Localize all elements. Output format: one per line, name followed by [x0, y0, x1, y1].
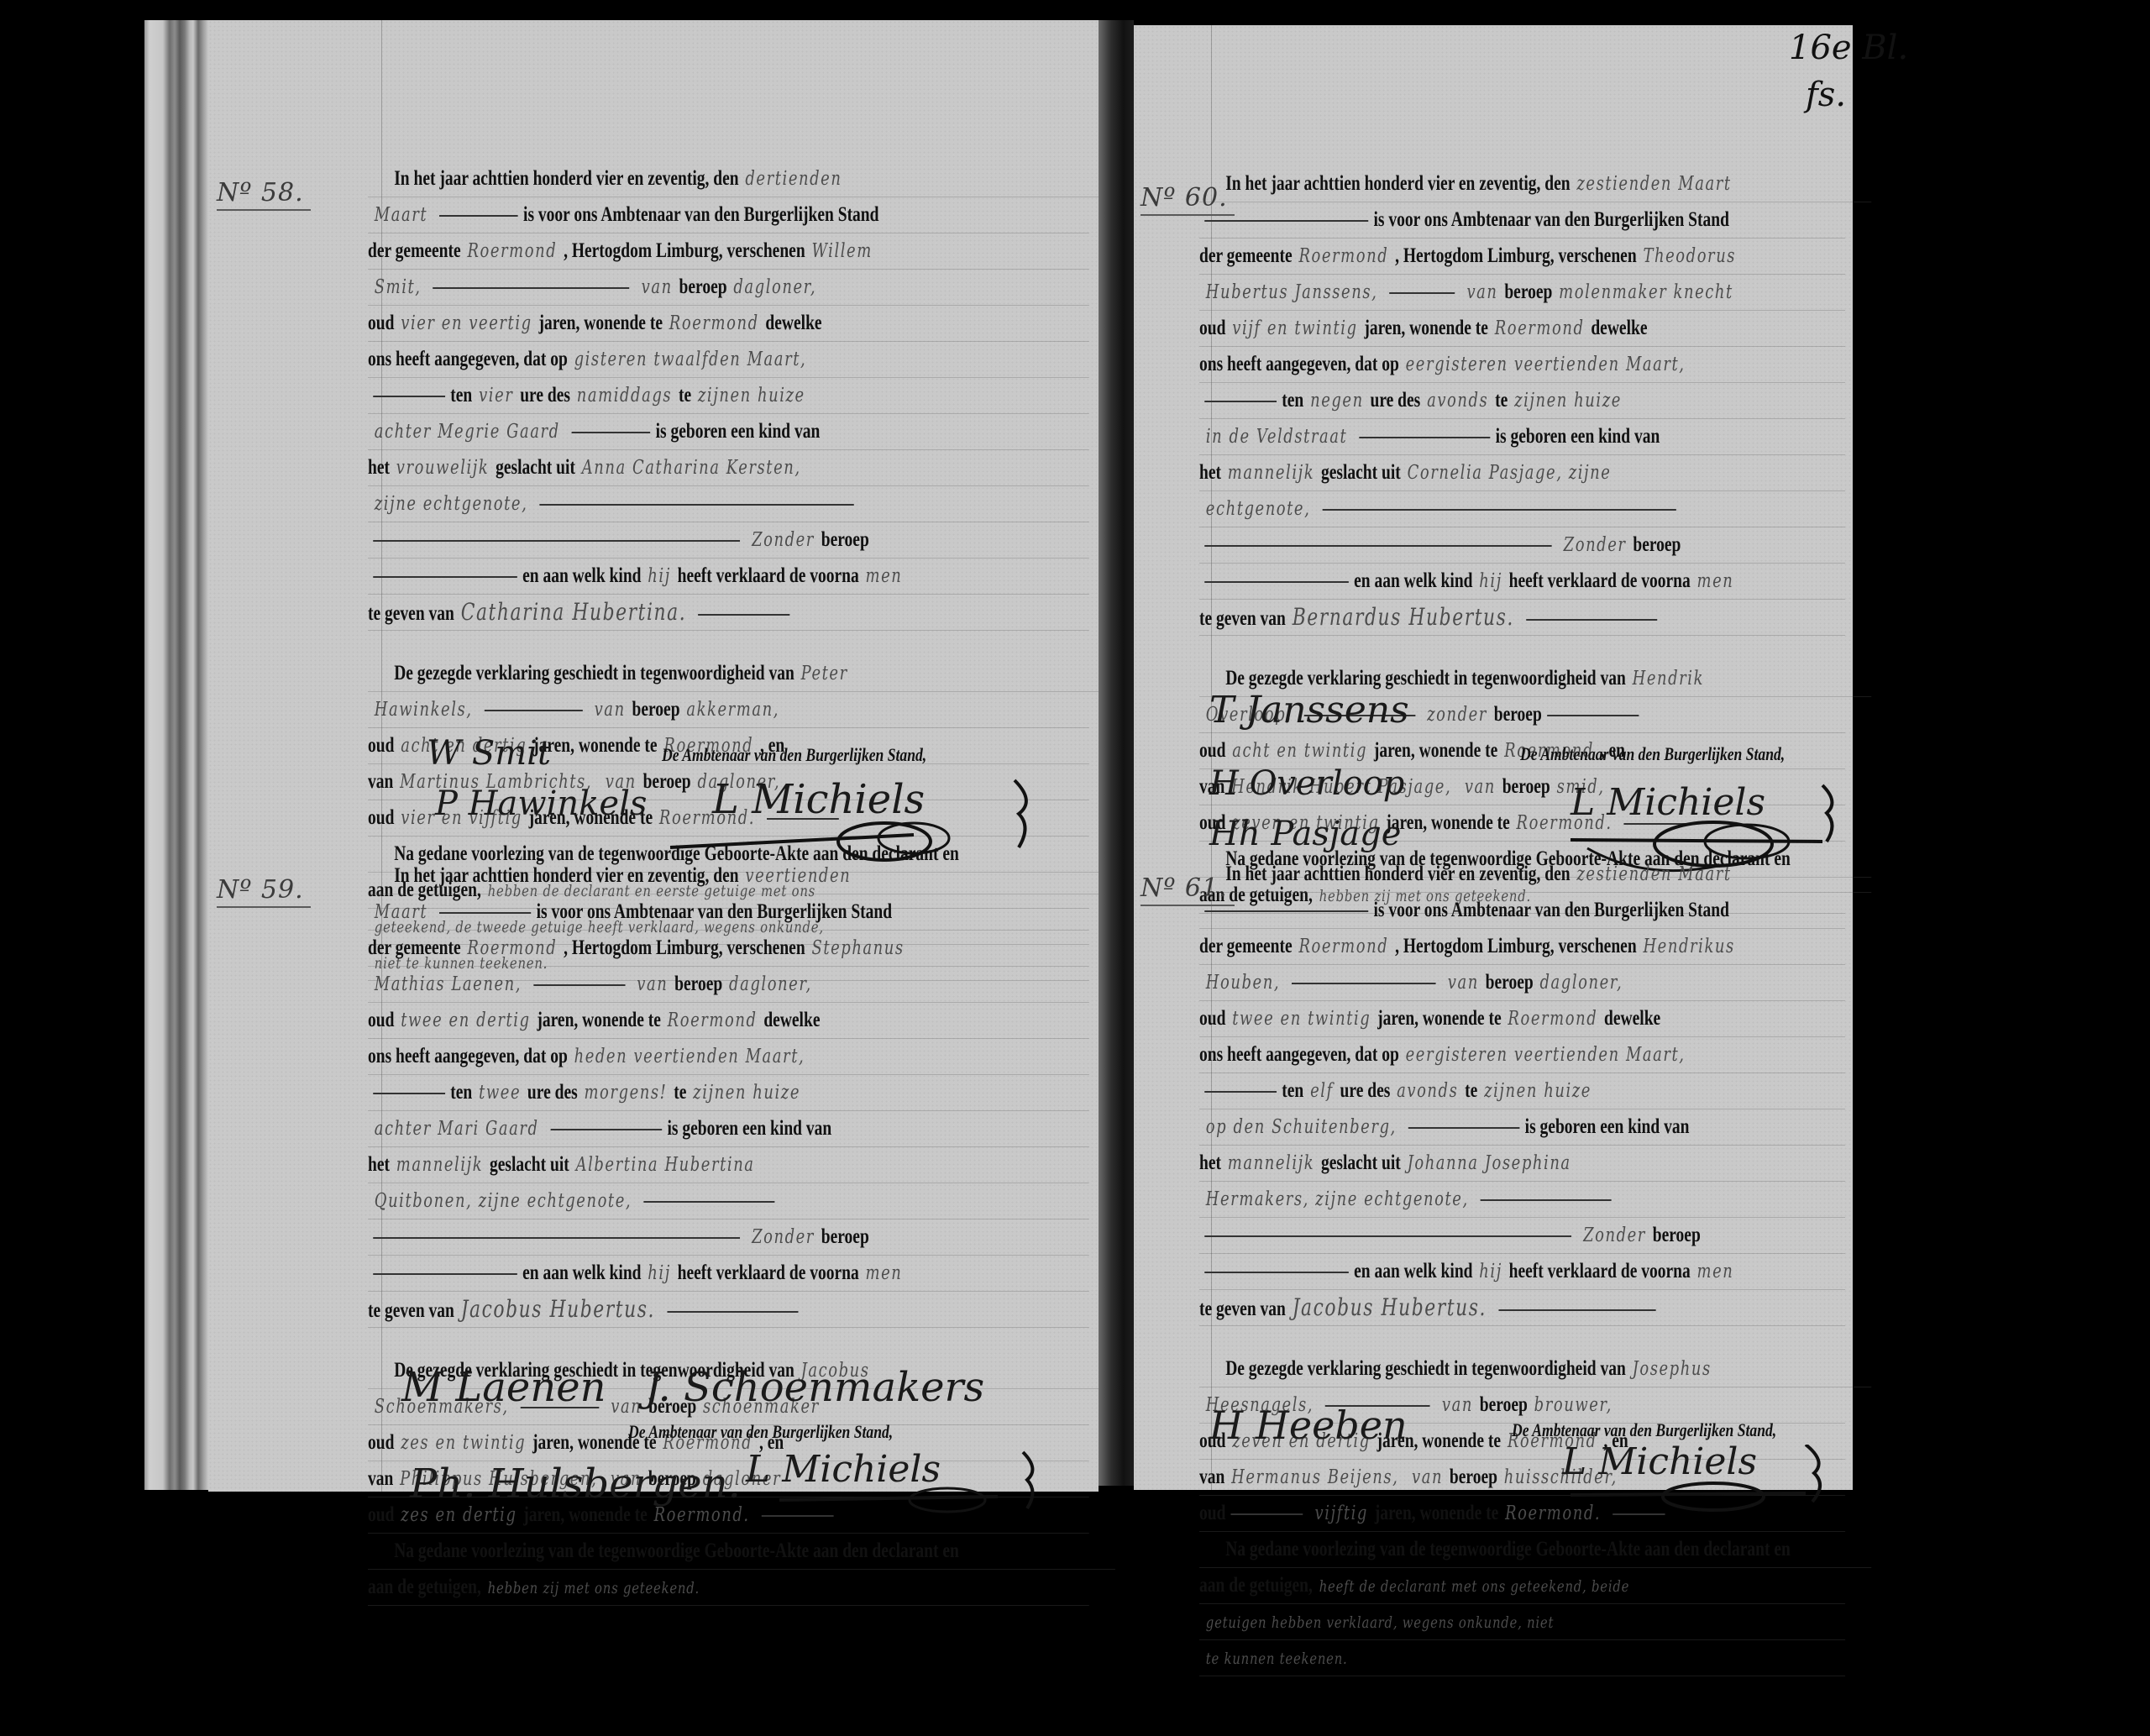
form-line: Na gedane voorlezing van de tegenwoordig…	[1199, 1532, 1871, 1568]
handwritten-birth-date: gisteren twaalfden Maart,	[568, 349, 813, 370]
signature-witness: P Hawinkels	[435, 784, 647, 823]
form-line: en aan welk kindhijheeft verklaard de vo…	[368, 559, 1089, 595]
form-line: getuigen hebben verklaard, wegens onkund…	[1199, 1604, 1845, 1640]
official-label: De Ambtenaar van den Burgerlijken Stand,	[1520, 743, 1785, 765]
handwritten-child-name: Catharina Hubertina.	[454, 598, 693, 626]
handwritten-hour: vier	[472, 385, 520, 406]
form-line: Hawinkels,vanberoepakkerman,	[368, 692, 1089, 728]
signature-witness: J. Schoenmakers	[645, 1364, 984, 1411]
form-line: Zonderberoep	[1199, 527, 1845, 564]
official-label: De Ambtenaar van den Burgerlijken Stand,	[662, 744, 926, 766]
handwritten-place: zijnen huize	[691, 385, 811, 406]
form-line: Hermakers, zijne echtgenote,	[1199, 1182, 1845, 1218]
handwritten-residence: Roermond	[663, 312, 765, 334]
official-label: De Ambtenaar van den Burgerlijken Stand,	[628, 1421, 893, 1443]
form-line: is voor ons Ambtenaar van den Burgerlijk…	[1199, 893, 1845, 929]
handwritten-witness1-first: Peter	[794, 663, 855, 684]
handwritten-month: Maart	[368, 204, 434, 226]
handwritten-declarant-first: Willem	[805, 240, 879, 262]
form-line: hetmannelijkgeslacht uitCornelia Pasjage…	[1199, 455, 1845, 491]
official-flourish-icon	[746, 1448, 1048, 1515]
form-line: te geven vanJacobus Hubertus.	[1199, 1290, 1845, 1326]
form-line: der gemeenteRoermond, Hertogdom Limburg,…	[1199, 929, 1845, 965]
form-line: en aan welk kindhijheeft verklaard de vo…	[1199, 564, 1845, 600]
form-line: achter Megrie Gaardis geboren een kind v…	[368, 414, 1089, 450]
form-line: der gemeenteRoermond, Hertogdom Limburg,…	[1199, 239, 1845, 275]
handwritten-date: dertienden	[739, 168, 849, 190]
form-line: De gezegde verklaring geschiedt in tegen…	[368, 656, 1115, 692]
handwritten-child-name: Jacobus Hubertus.	[1286, 1293, 1493, 1321]
form-line: Zonderberoep	[368, 522, 1089, 559]
handwritten-child-name: Jacobus Hubertus.	[454, 1295, 662, 1323]
form-line: Na gedane voorlezing van de tegenwoordig…	[368, 1534, 1115, 1570]
handwritten-sex: vrouwelijk	[390, 457, 496, 479]
handwritten-place-2: achter Megrie Gaard	[368, 421, 567, 443]
official-label: De Ambtenaar van den Burgerlijken Stand,	[1512, 1419, 1776, 1441]
form-line: hetmannelijkgeslacht uitAlbertina Hubert…	[368, 1147, 1089, 1183]
form-line: Mathias Laenen,vanberoepdagloner,	[368, 967, 1089, 1003]
folio-initial: fs.	[1806, 76, 1846, 114]
form-line: aan de getuigen,heeft de declarant met o…	[1199, 1568, 1845, 1604]
form-line: Zonderberoep	[1199, 1218, 1845, 1254]
signature-declarant: W Smit	[427, 734, 551, 773]
form-line: tenelfure desavondstezijnen huize	[1199, 1073, 1845, 1109]
handwritten-mother-profession: Zonder	[745, 529, 821, 551]
form-line: Houben,vanberoepdagloner,	[1199, 965, 1845, 1001]
form-line: op den Schuitenberg,is geboren een kind …	[1199, 1109, 1845, 1146]
form-line: aan de getuigen,hebben zij met ons getee…	[368, 1570, 1089, 1606]
form-line: oudvier en veertigjaren, wonende teRoerm…	[368, 306, 1089, 342]
signature-witness: Ph. Hulsbergen.	[410, 1461, 741, 1508]
form-line: ons heeft aangegeven, dat opeergisteren …	[1199, 347, 1845, 383]
form-line: De gezegde verklaring geschiedt in tegen…	[1199, 1351, 1871, 1387]
form-line: en aan welk kindhijheeft verklaard de vo…	[1199, 1254, 1845, 1290]
handwritten-profession: dagloner,	[727, 276, 823, 298]
right-page: 16e Bl. fs. Nº 60. In het jaar achttien …	[1134, 25, 1853, 1490]
book-gutter	[1099, 20, 1134, 1486]
entry-number: Nº 59.	[217, 875, 311, 908]
form-line: In het jaar achttien honderd vier en zev…	[1199, 857, 1871, 893]
entry-number: Nº 58.	[217, 178, 311, 211]
form-line: ons heeft aangegeven, dat opgisteren twa…	[368, 342, 1089, 378]
signature-witness: Hh Pasjage	[1209, 815, 1401, 853]
form-line: echtgenote,	[1199, 491, 1845, 527]
form-line: der gemeenteRoermond, Hertogdom Limburg,…	[368, 233, 1089, 270]
form-line: der gemeenteRoermond, Hertogdom Limburg,…	[368, 931, 1089, 967]
form-line: tennegenure desavondstezijnen huize	[1199, 383, 1845, 419]
handwritten-mother: Anna Catharina Kersten,	[575, 457, 807, 479]
official-flourish-icon	[1529, 1445, 1848, 1512]
form-line: In het jaar achttien honderd vier en zev…	[368, 858, 1115, 894]
signature-witness: H Overloop	[1209, 764, 1404, 803]
form-line: achter Mari Gaardis geboren een kind van	[368, 1111, 1089, 1147]
form-line: hetvrouwelijkgeslacht uitAnna Catharina …	[368, 450, 1089, 486]
form-line: zijne echtgenote,	[368, 486, 1089, 522]
folio-number: 16e Bl.	[1789, 29, 1908, 67]
handwritten-municipality: Roermond	[461, 240, 564, 262]
form-line: Smit,vanberoepdagloner,	[368, 270, 1089, 306]
form-line: te geven vanJacobus Hubertus.	[368, 1292, 1089, 1328]
book-page-edges	[144, 20, 208, 1490]
handwritten-child-name: Bernardus Hubertus.	[1286, 603, 1521, 631]
official-flourish-icon	[662, 776, 1048, 868]
handwritten-declarant-last: Smit,	[368, 276, 427, 298]
form-line: Quitbonen, zijne echtgenote,	[368, 1183, 1089, 1219]
handwritten-witness1-profession: akkerman,	[680, 699, 786, 721]
handwritten-age: vier en veertig	[394, 312, 538, 334]
signature-declarant: T Janssens	[1209, 689, 1409, 732]
form-line: Maartis voor ons Ambtenaar van den Burge…	[368, 197, 1089, 233]
form-line: ons heeft aangegeven, dat opeergisteren …	[1199, 1037, 1845, 1073]
form-line: is voor ons Ambtenaar van den Burgerlijk…	[1199, 202, 1845, 239]
form-line: te kunnen teekenen.	[1199, 1640, 1845, 1676]
signature-declarant: H Heeben	[1209, 1403, 1408, 1448]
form-line: en aan welk kindhijheeft verklaard de vo…	[368, 1256, 1089, 1292]
form-line: Maartis voor ons Ambtenaar van den Burge…	[368, 894, 1089, 931]
handwritten-mother-2: zijne echtgenote,	[368, 493, 534, 515]
form-line: tenvierure desnamiddagstezijnen huize	[368, 378, 1089, 414]
left-page: Nº 58. In het jaar achttien honderd vier…	[208, 20, 1099, 1492]
signature-declarant: M Laenen	[401, 1364, 606, 1411]
form-line: Hubertus Janssens,vanberoepmolenmaker kn…	[1199, 275, 1845, 311]
form-line: hetmannelijkgeslacht uitJohanna Josephin…	[1199, 1146, 1845, 1182]
form-line: In het jaar achttien honderd vier en zev…	[1199, 166, 1871, 202]
form-line: ons heeft aangegeven, dat opheden veerti…	[368, 1039, 1089, 1075]
form-line: oudtwee en dertigjaren, wonende teRoermo…	[368, 1003, 1089, 1039]
form-line: tentweeure desmorgens!tezijnen huize	[368, 1075, 1089, 1111]
handwritten-witness1-last: Hawinkels,	[368, 699, 479, 721]
form-line: in de Veldstraatis geboren een kind van	[1199, 419, 1845, 455]
form-line: oudtwee en twintigjaren, wonende teRoerm…	[1199, 1001, 1845, 1037]
form-line: te geven vanBernardus Hubertus.	[1199, 600, 1845, 636]
handwritten-daypart: namiddags	[570, 385, 679, 406]
birth-entry-61: Nº 61. In het jaar achttien honderd vier…	[1199, 857, 1846, 1676]
form-line: oudvijf en twintigjaren, wonende teRoerm…	[1199, 311, 1845, 347]
form-line: Zonderberoep	[368, 1219, 1089, 1256]
form-line: In het jaar achttien honderd vier en zev…	[368, 161, 1115, 197]
form-line: te geven vanCatharina Hubertina.	[368, 595, 1089, 631]
